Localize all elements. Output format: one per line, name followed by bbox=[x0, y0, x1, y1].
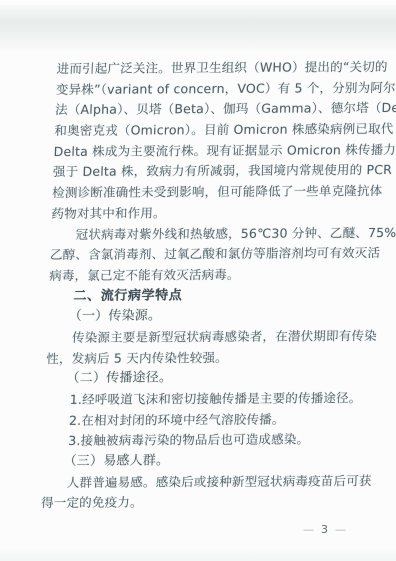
text-line: 二、流行病学特点 bbox=[48, 285, 341, 307]
page-number-dash-left: — bbox=[303, 523, 314, 536]
text-line: （一）传染源。 bbox=[47, 306, 340, 328]
scan-shading-top bbox=[0, 5, 396, 53]
text-line: 病毒，氯己定不能有效灭活病毒。 bbox=[49, 264, 342, 286]
page-number: —3— bbox=[303, 523, 346, 537]
text-line: Delta 株成为主要流行株。现有证据显示 Omicron 株传播力 bbox=[53, 140, 346, 162]
page-number-dash-right: — bbox=[335, 523, 346, 536]
text-line: 和奥密克戎（Omicron）。目前 Omicron 株感染病例已取代 bbox=[54, 119, 347, 141]
page-number-value: 3 bbox=[314, 523, 335, 536]
text-line: 进而引起广泛关注。世界卫生组织（WHO）提出的“关切的 bbox=[56, 57, 349, 79]
text-line: 传染源主要是新型冠状病毒感染者，在潜伏期即有传染 bbox=[47, 326, 340, 348]
text-line: 乙醇、含氯消毒剂、过氧乙酸和氯仿等脂溶剂均可有效灭活 bbox=[50, 243, 343, 265]
scanned-page: 进而引起广泛关注。世界卫生组织（WHO）提出的“关切的变异株”（variant … bbox=[0, 0, 396, 561]
scan-shading-bottom bbox=[0, 547, 396, 561]
text-line: 法（Alpha）、贝塔（Beta）、伽玛（Gamma）、德尔塔（Delta） bbox=[55, 99, 348, 121]
text-line: 检测诊断准确性未受到影响，但可能降低了一些单克隆抗体 bbox=[52, 181, 345, 203]
text-line: 3.接触被病毒污染的物品后也可造成感染。 bbox=[43, 430, 336, 452]
text-line: 性，发病后 5 天内传染性较强。 bbox=[46, 347, 339, 369]
document-body: 进而引起广泛关注。世界卫生组织（WHO）提出的“关切的变异株”（variant … bbox=[41, 57, 349, 514]
text-line: 变异株”（variant of concern，VOC）有 5 个，分别为阿尔 bbox=[56, 78, 349, 100]
text-line: 1.经呼吸道飞沫和密切接触传播是主要的传播途径。 bbox=[44, 388, 337, 410]
text-line: （二）传播途径。 bbox=[45, 368, 338, 390]
text-line: 2.在相对封闭的环境中经气溶胶传播。 bbox=[44, 409, 337, 431]
text-line: 药物对其中和作用。 bbox=[51, 202, 344, 224]
text-line: （三）易感人群。 bbox=[42, 450, 335, 472]
text-line: 冠状病毒对紫外线和热敏感，56℃30 分钟、乙醚、75% bbox=[50, 223, 343, 245]
text-line: 得一定的免疫力。 bbox=[41, 492, 334, 514]
text-line: 人群普遍易感。感染后或接种新型冠状病毒疫苗后可获 bbox=[41, 471, 334, 493]
text-line: 强于 Delta 株，致病力有所减弱，我国境内常规使用的 PCR bbox=[53, 161, 346, 183]
